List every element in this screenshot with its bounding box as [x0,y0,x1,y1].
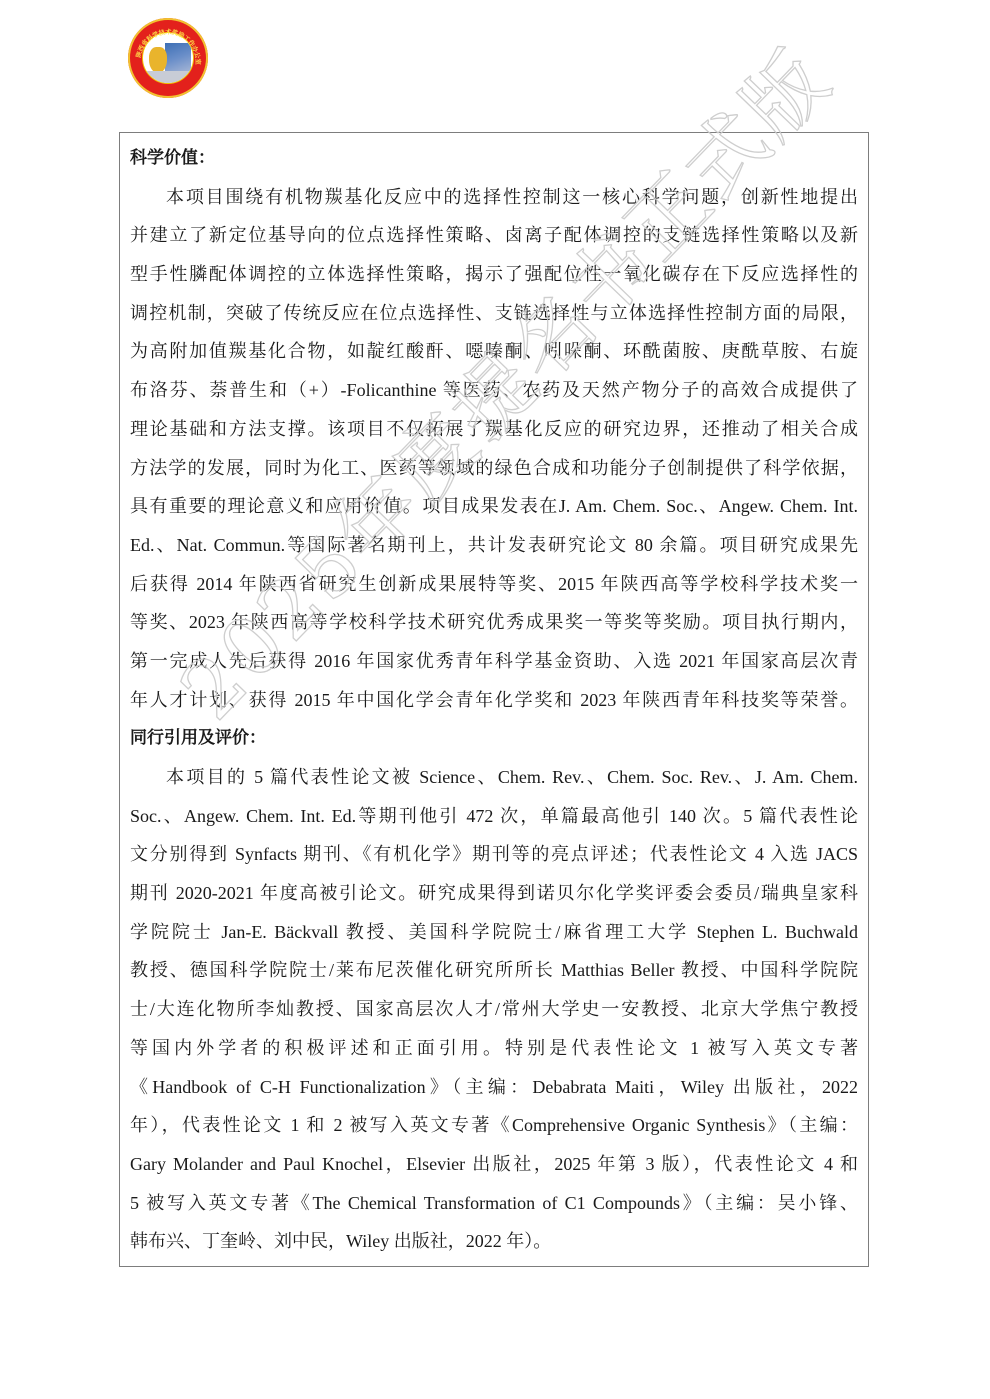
paragraph-line: 士/大连化物所李灿教授、国家高层次人才/常州大学史一安教授、北京大学焦宁教授 [130,990,858,1029]
paragraph-line: 方法学的发展，同时为化工、医药等领域的绿色合成和功能分子创制提供了科学依据， [130,449,858,488]
paragraph-line: 文分别得到 Synfacts 期刊、《有机化学》期刊等的亮点评述；代表性论文 4… [130,835,858,874]
paragraph-line: 年），代表性论文 1 和 2 被写入英文专著《Comprehensive Org… [130,1106,858,1145]
paragraph-line: 期刊 2020-2021 年度高被引论文。研究成果得到诺贝尔化学奖评委会委员/瑞… [130,874,858,913]
content-frame: 科学价值： 本项目围绕有机物羰基化反应中的选择性控制这一核心科学问题，创新性地提… [119,132,869,1267]
document-body: 科学价值： 本项目围绕有机物羰基化反应中的选择性控制这一核心科学问题，创新性地提… [130,139,858,1261]
paragraph-line: Ed.、Nat. Commun.等国际著名期刊上，共计发表研究论文 80 余篇。… [130,526,858,565]
paragraph-line: Gary Molander and Paul Knochel，Elsevier … [130,1145,858,1184]
paragraph-line: 韩布兴、丁奎岭、刘中民，Wiley 出版社，2022 年）。 [130,1222,858,1261]
paragraph-line: 调控机制，突破了传统反应在位点选择性、支链选择性与立体选择性控制方面的局限， [130,294,858,333]
paragraph-line: 等国内外学者的积极评述和正面引用。特别是代表性论文 1 被写入英文专著 [130,1029,858,1068]
paragraph-line: 理论基础和方法支撑。该项目不仅拓展了羰基化反应的研究边界，还推动了相关合成 [130,410,858,449]
emblem-arc-text: 陕西省科学技术奖励工作办公室 [128,18,208,98]
svg-text:陕西省科学技术奖励工作办公室: 陕西省科学技术奖励工作办公室 [134,28,202,66]
paragraph-line: 型手性膦配体调控的立体选择性策略，揭示了强配位性一氧化碳存在下反应选择性的 [130,255,858,294]
paragraph-line: 布洛芬、萘普生和（+）-Folicanthine 等医药、农药及天然产物分子的高… [130,371,858,410]
paragraph-line: 第一完成人先后获得 2016 年国家优秀青年科学基金资助、入选 2021 年国家… [130,642,858,681]
paragraph-line: 等奖、2023 年陕西高等学校科学技术研究优秀成果奖一等奖等奖励。项目执行期内， [130,603,858,642]
paragraph-line: 学院院士 Jan-E. Bäckvall 教授、美国科学院院士/麻省理工大学 S… [130,913,858,952]
section-heading-peer-citation: 同行引用及评价： [130,719,858,758]
paragraph-line: 并建立了新定位基导向的位点选择性策略、卤离子配体调控的支链选择性策略以及新 [130,216,858,255]
paragraph-line: 具有重要的理论意义和应用价值。项目成果发表在J. Am. Chem. Soc.、… [130,487,858,526]
paragraph-line: 《Handbook of C-H Functionalization》（主编：D… [130,1068,858,1107]
paragraph-line: 年人才计划、获得 2015 年中国化学会青年化学奖和 2023 年陕西青年科技奖… [130,681,858,720]
paragraph-line: 本项目的 5 篇代表性论文被 Science、Chem. Rev.、Chem. … [130,758,858,797]
section-heading-scientific-value: 科学价值： [130,139,858,178]
paragraph-line: 5 被写入英文专著《The Chemical Transformation of… [130,1184,858,1223]
paragraph-line: 教授、德国科学院院士/莱布尼茨催化研究所所长 Matthias Beller 教… [130,951,858,990]
paragraph-line: 本项目围绕有机物羰基化反应中的选择性控制这一核心科学问题，创新性地提出 [130,178,858,217]
paragraph-line: 为高附加值羰基化合物，如靛红酸酐、噁嗪酮、吲哚酮、环酰菌胺、庚酰草胺、右旋 [130,332,858,371]
paragraph-line: Soc.、Angew. Chem. Int. Ed.等期刊他引 472 次，单篇… [130,797,858,836]
paragraph-line: 后获得 2014 年陕西省研究生创新成果展特等奖、2015 年陕西高等学校科学技… [130,565,858,604]
emblem-logo: 陕西省科学技术奖励工作办公室 [128,18,208,98]
